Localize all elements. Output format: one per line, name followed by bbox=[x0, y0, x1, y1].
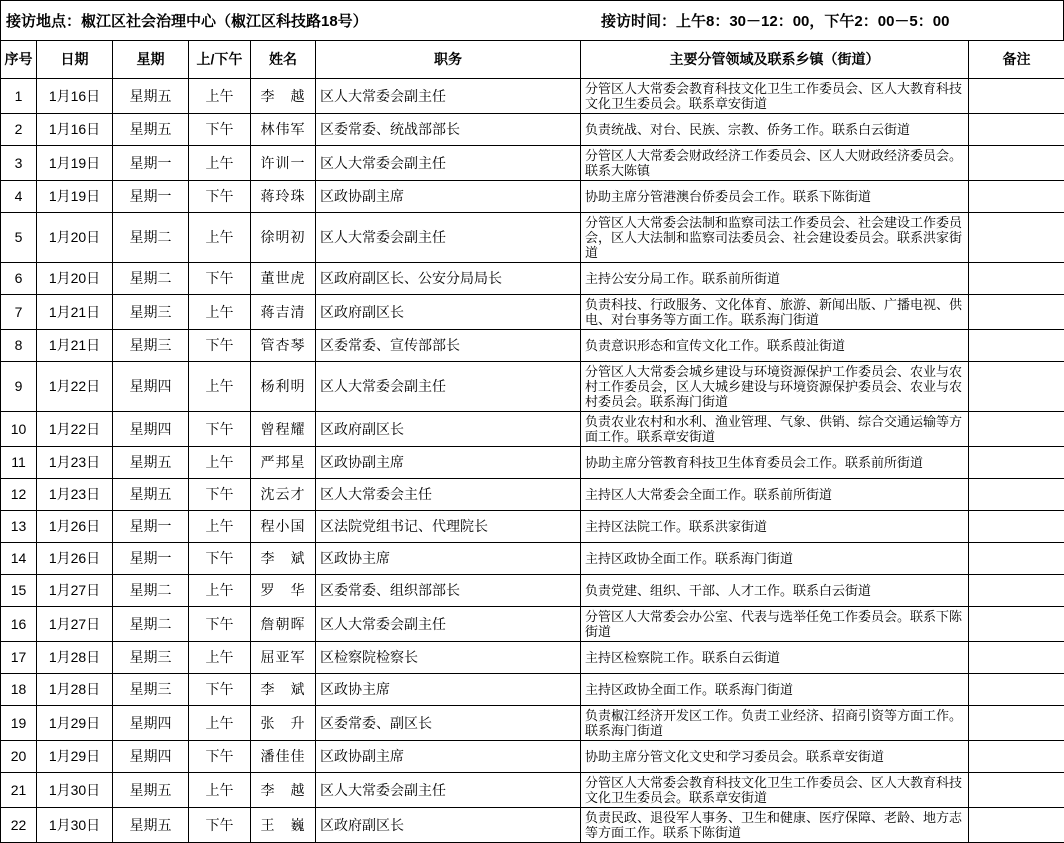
table-row: 71月21日星期三上午蒋吉清区政府副区长负责科技、行政服务、文化体育、旅游、新闻… bbox=[1, 295, 1064, 330]
cell-duties: 分管区人大常委会城乡建设与环境资源保护工作委员会、农业与农村工作委员会，区人大城… bbox=[581, 362, 969, 412]
reception-time-text: 接访时间：上午8：30－12：00，下午2：00－5：00 bbox=[601, 1, 949, 40]
cell-remark bbox=[969, 741, 1064, 773]
table-row: 81月21日星期三下午管杏琴区委常委、宣传部部长负责意识形态和宣传文化工作。联系… bbox=[1, 330, 1064, 362]
cell-weekday: 星期二 bbox=[113, 607, 189, 642]
cell-index: 6 bbox=[1, 263, 37, 295]
cell-remark bbox=[969, 362, 1064, 412]
cell-date: 1月20日 bbox=[37, 213, 113, 263]
table-row: 31月19日星期一上午许训一区人大常委会副主任分管区人大常委会财政经济工作委员会… bbox=[1, 146, 1064, 181]
cell-duties: 分管区人大常委会财政经济工作委员会、区人大财政经济委员会。联系大陈镇 bbox=[581, 146, 969, 181]
cell-weekday: 星期五 bbox=[113, 114, 189, 146]
cell-index: 9 bbox=[1, 362, 37, 412]
table-row: 181月28日星期三下午李 斌区政协主席主持区政协全面工作。联系海门街道 bbox=[1, 674, 1064, 706]
cell-date: 1月30日 bbox=[37, 808, 113, 843]
cell-position: 区人大常委会副主任 bbox=[316, 773, 581, 808]
table-row: 11月16日星期五上午李 越区人大常委会副主任分管区人大常委会教育科技文化卫生工… bbox=[1, 79, 1064, 114]
cell-remark bbox=[969, 479, 1064, 511]
cell-weekday: 星期一 bbox=[113, 511, 189, 543]
cell-weekday: 星期四 bbox=[113, 412, 189, 447]
cell-position: 区委常委、统战部部长 bbox=[316, 114, 581, 146]
cell-index: 7 bbox=[1, 295, 37, 330]
cell-remark bbox=[969, 263, 1064, 295]
cell-duties: 协助主席分管港澳台侨委员会工作。联系下陈街道 bbox=[581, 181, 969, 213]
cell-duties: 主持公安分局工作。联系前所街道 bbox=[581, 263, 969, 295]
cell-duties: 分管区人大常委会办公室、代表与选举任免工作委员会。联系下陈街道 bbox=[581, 607, 969, 642]
table-row: 161月27日星期二下午詹朝晖区人大常委会副主任分管区人大常委会办公室、代表与选… bbox=[1, 607, 1064, 642]
cell-remark bbox=[969, 543, 1064, 575]
cell-name: 严邦星 bbox=[251, 447, 316, 479]
cell-index: 10 bbox=[1, 412, 37, 447]
cell-name: 管杏琴 bbox=[251, 330, 316, 362]
cell-weekday: 星期三 bbox=[113, 295, 189, 330]
cell-date: 1月16日 bbox=[37, 114, 113, 146]
cell-remark bbox=[969, 706, 1064, 741]
cell-date: 1月27日 bbox=[37, 607, 113, 642]
cell-remark bbox=[969, 146, 1064, 181]
cell-period: 下午 bbox=[189, 181, 251, 213]
cell-position: 区委常委、组织部部长 bbox=[316, 575, 581, 607]
cell-period: 上午 bbox=[189, 447, 251, 479]
cell-period: 上午 bbox=[189, 773, 251, 808]
table-row: 51月20日星期二上午徐明初区人大常委会副主任分管区人大常委会法制和监察司法工作… bbox=[1, 213, 1064, 263]
cell-weekday: 星期三 bbox=[113, 674, 189, 706]
cell-weekday: 星期五 bbox=[113, 79, 189, 114]
cell-name: 张 升 bbox=[251, 706, 316, 741]
cell-date: 1月23日 bbox=[37, 479, 113, 511]
cell-period: 上午 bbox=[189, 146, 251, 181]
cell-index: 4 bbox=[1, 181, 37, 213]
cell-remark bbox=[969, 607, 1064, 642]
reception-schedule-sheet: 接访地点：椒江区社会治理中心（椒江区科技路18号） 接访时间：上午8：30－12… bbox=[0, 0, 1064, 843]
cell-period: 上午 bbox=[189, 575, 251, 607]
cell-name: 李 斌 bbox=[251, 543, 316, 575]
cell-position: 区政协副主席 bbox=[316, 741, 581, 773]
cell-date: 1月29日 bbox=[37, 741, 113, 773]
cell-date: 1月19日 bbox=[37, 146, 113, 181]
cell-name: 罗 华 bbox=[251, 575, 316, 607]
cell-name: 程小国 bbox=[251, 511, 316, 543]
cell-date: 1月26日 bbox=[37, 543, 113, 575]
cell-name: 蒋玲珠 bbox=[251, 181, 316, 213]
info-bar: 接访地点：椒江区社会治理中心（椒江区科技路18号） 接访时间：上午8：30－12… bbox=[0, 0, 1064, 40]
cell-remark bbox=[969, 642, 1064, 674]
cell-position: 区人大常委会主任 bbox=[316, 479, 581, 511]
cell-date: 1月27日 bbox=[37, 575, 113, 607]
cell-remark bbox=[969, 181, 1064, 213]
cell-duties: 分管区人大常委会法制和监察司法工作委员会、社会建设工作委员会，区人大法制和监察司… bbox=[581, 213, 969, 263]
cell-index: 2 bbox=[1, 114, 37, 146]
cell-position: 区检察院检察长 bbox=[316, 642, 581, 674]
cell-period: 下午 bbox=[189, 114, 251, 146]
cell-duties: 负责椒江经济开发区工作。负责工业经济、招商引资等方面工作。联系海门街道 bbox=[581, 706, 969, 741]
cell-date: 1月29日 bbox=[37, 706, 113, 741]
cell-index: 5 bbox=[1, 213, 37, 263]
cell-position: 区人大常委会副主任 bbox=[316, 213, 581, 263]
cell-weekday: 星期五 bbox=[113, 808, 189, 843]
table-row: 201月29日星期四下午潘佳佳区政协副主席协助主席分管文化文史和学习委员会。联系… bbox=[1, 741, 1064, 773]
cell-index: 8 bbox=[1, 330, 37, 362]
cell-index: 17 bbox=[1, 642, 37, 674]
cell-date: 1月28日 bbox=[37, 674, 113, 706]
cell-index: 13 bbox=[1, 511, 37, 543]
cell-date: 1月23日 bbox=[37, 447, 113, 479]
cell-remark bbox=[969, 412, 1064, 447]
cell-weekday: 星期一 bbox=[113, 146, 189, 181]
cell-weekday: 星期一 bbox=[113, 543, 189, 575]
table-row: 101月22日星期四下午曾程耀区政府副区长负责农业农村和水利、渔业管理、气象、供… bbox=[1, 412, 1064, 447]
cell-period: 下午 bbox=[189, 741, 251, 773]
cell-duties: 主持区法院工作。联系洪家街道 bbox=[581, 511, 969, 543]
cell-duties: 主持区检察院工作。联系白云街道 bbox=[581, 642, 969, 674]
cell-period: 上午 bbox=[189, 79, 251, 114]
cell-remark bbox=[969, 330, 1064, 362]
table-row: 111月23日星期五上午严邦星区政协副主席协助主席分管教育科技卫生体育委员会工作… bbox=[1, 447, 1064, 479]
table-row: 191月29日星期四上午张 升区委常委、副区长负责椒江经济开发区工作。负责工业经… bbox=[1, 706, 1064, 741]
cell-date: 1月21日 bbox=[37, 295, 113, 330]
cell-period: 下午 bbox=[189, 607, 251, 642]
cell-period: 下午 bbox=[189, 412, 251, 447]
cell-duties: 负责意识形态和宣传文化工作。联系葭沚街道 bbox=[581, 330, 969, 362]
cell-period: 下午 bbox=[189, 479, 251, 511]
cell-remark bbox=[969, 295, 1064, 330]
cell-position: 区法院党组书记、代理院长 bbox=[316, 511, 581, 543]
cell-name: 蒋吉清 bbox=[251, 295, 316, 330]
cell-index: 20 bbox=[1, 741, 37, 773]
cell-period: 上午 bbox=[189, 295, 251, 330]
reception-schedule-table: 序号日期星期上/下午姓名职务主要分管领域及联系乡镇（街道）备注 11月16日星期… bbox=[0, 40, 1064, 843]
table-header: 序号日期星期上/下午姓名职务主要分管领域及联系乡镇（街道）备注 bbox=[1, 41, 1064, 79]
cell-remark bbox=[969, 674, 1064, 706]
cell-period: 上午 bbox=[189, 642, 251, 674]
cell-period: 下午 bbox=[189, 263, 251, 295]
cell-index: 22 bbox=[1, 808, 37, 843]
table-row: 211月30日星期五上午李 越区人大常委会副主任分管区人大常委会教育科技文化卫生… bbox=[1, 773, 1064, 808]
table-row: 221月30日星期五下午王 巍区政府副区长负责民政、退役军人事务、卫生和健康、医… bbox=[1, 808, 1064, 843]
cell-remark bbox=[969, 213, 1064, 263]
cell-date: 1月22日 bbox=[37, 412, 113, 447]
cell-index: 15 bbox=[1, 575, 37, 607]
table-row: 171月28日星期三上午屈亚军区检察院检察长主持区检察院工作。联系白云街道 bbox=[1, 642, 1064, 674]
cell-duties: 负责科技、行政服务、文化体育、旅游、新闻出版、广播电视、供电、对台事务等方面工作… bbox=[581, 295, 969, 330]
cell-weekday: 星期二 bbox=[113, 575, 189, 607]
cell-weekday: 星期一 bbox=[113, 181, 189, 213]
cell-duties: 主持区政协全面工作。联系海门街道 bbox=[581, 543, 969, 575]
column-header-weekday: 星期 bbox=[113, 41, 189, 79]
table-row: 151月27日星期二上午罗 华区委常委、组织部部长负责党建、组织、干部、人才工作… bbox=[1, 575, 1064, 607]
cell-weekday: 星期三 bbox=[113, 642, 189, 674]
reception-location-text: 接访地点：椒江区社会治理中心（椒江区科技路18号） bbox=[1, 10, 368, 31]
cell-position: 区政协主席 bbox=[316, 543, 581, 575]
cell-weekday: 星期四 bbox=[113, 741, 189, 773]
table-row: 41月19日星期一下午蒋玲珠区政协副主席协助主席分管港澳台侨委员会工作。联系下陈… bbox=[1, 181, 1064, 213]
cell-name: 杨利明 bbox=[251, 362, 316, 412]
cell-duties: 主持区政协全面工作。联系海门街道 bbox=[581, 674, 969, 706]
cell-name: 屈亚军 bbox=[251, 642, 316, 674]
cell-position: 区人大常委会副主任 bbox=[316, 79, 581, 114]
cell-remark bbox=[969, 114, 1064, 146]
cell-weekday: 星期五 bbox=[113, 479, 189, 511]
table-row: 61月20日星期二下午董世虎区政府副区长、公安分局局长主持公安分局工作。联系前所… bbox=[1, 263, 1064, 295]
cell-weekday: 星期二 bbox=[113, 263, 189, 295]
cell-position: 区政府副区长 bbox=[316, 808, 581, 843]
table-row: 21月16日星期五下午林伟军区委常委、统战部部长负责统战、对台、民族、宗教、侨务… bbox=[1, 114, 1064, 146]
cell-weekday: 星期三 bbox=[113, 330, 189, 362]
cell-period: 上午 bbox=[189, 362, 251, 412]
cell-index: 16 bbox=[1, 607, 37, 642]
cell-date: 1月28日 bbox=[37, 642, 113, 674]
cell-weekday: 星期五 bbox=[113, 773, 189, 808]
cell-position: 区政协副主席 bbox=[316, 447, 581, 479]
cell-name: 沈云才 bbox=[251, 479, 316, 511]
cell-remark bbox=[969, 511, 1064, 543]
cell-duties: 协助主席分管教育科技卫生体育委员会工作。联系前所街道 bbox=[581, 447, 969, 479]
cell-period: 下午 bbox=[189, 543, 251, 575]
cell-name: 徐明初 bbox=[251, 213, 316, 263]
cell-position: 区政府副区长、公安分局局长 bbox=[316, 263, 581, 295]
cell-date: 1月30日 bbox=[37, 773, 113, 808]
cell-date: 1月20日 bbox=[37, 263, 113, 295]
cell-position: 区政府副区长 bbox=[316, 412, 581, 447]
cell-date: 1月19日 bbox=[37, 181, 113, 213]
cell-position: 区委常委、宣传部部长 bbox=[316, 330, 581, 362]
table-row: 131月26日星期一上午程小国区法院党组书记、代理院长主持区法院工作。联系洪家街… bbox=[1, 511, 1064, 543]
column-header-date: 日期 bbox=[37, 41, 113, 79]
cell-period: 下午 bbox=[189, 674, 251, 706]
cell-duties: 分管区人大常委会教育科技文化卫生工作委员会、区人大教育科技文化卫生委员会。联系章… bbox=[581, 79, 969, 114]
cell-name: 李 越 bbox=[251, 773, 316, 808]
cell-position: 区人大常委会副主任 bbox=[316, 607, 581, 642]
column-header-name: 姓名 bbox=[251, 41, 316, 79]
cell-date: 1月22日 bbox=[37, 362, 113, 412]
cell-name: 詹朝晖 bbox=[251, 607, 316, 642]
cell-remark bbox=[969, 447, 1064, 479]
cell-duties: 负责民政、退役军人事务、卫生和健康、医疗保障、老龄、地方志等方面工作。联系下陈街… bbox=[581, 808, 969, 843]
cell-position: 区政协副主席 bbox=[316, 181, 581, 213]
cell-duties: 负责统战、对台、民族、宗教、侨务工作。联系白云街道 bbox=[581, 114, 969, 146]
cell-name: 王 巍 bbox=[251, 808, 316, 843]
table-row: 141月26日星期一下午李 斌区政协主席主持区政协全面工作。联系海门街道 bbox=[1, 543, 1064, 575]
cell-date: 1月21日 bbox=[37, 330, 113, 362]
column-header-index: 序号 bbox=[1, 41, 37, 79]
cell-name: 李 斌 bbox=[251, 674, 316, 706]
cell-position: 区人大常委会副主任 bbox=[316, 362, 581, 412]
cell-weekday: 星期二 bbox=[113, 213, 189, 263]
column-header-position: 职务 bbox=[316, 41, 581, 79]
cell-period: 上午 bbox=[189, 213, 251, 263]
table-row: 91月22日星期四上午杨利明区人大常委会副主任分管区人大常委会城乡建设与环境资源… bbox=[1, 362, 1064, 412]
cell-duties: 分管区人大常委会教育科技文化卫生工作委员会、区人大教育科技文化卫生委员会。联系章… bbox=[581, 773, 969, 808]
column-header-duties: 主要分管领域及联系乡镇（街道） bbox=[581, 41, 969, 79]
cell-position: 区委常委、副区长 bbox=[316, 706, 581, 741]
cell-period: 上午 bbox=[189, 706, 251, 741]
column-header-remark: 备注 bbox=[969, 41, 1064, 79]
cell-index: 21 bbox=[1, 773, 37, 808]
cell-name: 潘佳佳 bbox=[251, 741, 316, 773]
cell-index: 14 bbox=[1, 543, 37, 575]
cell-period: 下午 bbox=[189, 330, 251, 362]
cell-position: 区政协主席 bbox=[316, 674, 581, 706]
cell-remark bbox=[969, 575, 1064, 607]
cell-weekday: 星期四 bbox=[113, 362, 189, 412]
cell-remark bbox=[969, 79, 1064, 114]
cell-date: 1月26日 bbox=[37, 511, 113, 543]
cell-index: 1 bbox=[1, 79, 37, 114]
cell-name: 董世虎 bbox=[251, 263, 316, 295]
cell-duties: 负责农业农村和水利、渔业管理、气象、供销、综合交通运输等方面工作。联系章安街道 bbox=[581, 412, 969, 447]
cell-index: 18 bbox=[1, 674, 37, 706]
cell-name: 林伟军 bbox=[251, 114, 316, 146]
table-body: 11月16日星期五上午李 越区人大常委会副主任分管区人大常委会教育科技文化卫生工… bbox=[1, 79, 1064, 843]
cell-name: 曾程耀 bbox=[251, 412, 316, 447]
cell-duties: 协助主席分管文化文史和学习委员会。联系章安街道 bbox=[581, 741, 969, 773]
cell-position: 区人大常委会副主任 bbox=[316, 146, 581, 181]
cell-position: 区政府副区长 bbox=[316, 295, 581, 330]
cell-name: 许训一 bbox=[251, 146, 316, 181]
cell-remark bbox=[969, 808, 1064, 843]
cell-period: 上午 bbox=[189, 511, 251, 543]
cell-duties: 负责党建、组织、干部、人才工作。联系白云街道 bbox=[581, 575, 969, 607]
table-header-row: 序号日期星期上/下午姓名职务主要分管领域及联系乡镇（街道）备注 bbox=[1, 41, 1064, 79]
cell-duties: 主持区人大常委会全面工作。联系前所街道 bbox=[581, 479, 969, 511]
cell-weekday: 星期五 bbox=[113, 447, 189, 479]
cell-index: 19 bbox=[1, 706, 37, 741]
cell-weekday: 星期四 bbox=[113, 706, 189, 741]
cell-remark bbox=[969, 773, 1064, 808]
cell-period: 下午 bbox=[189, 808, 251, 843]
cell-date: 1月16日 bbox=[37, 79, 113, 114]
cell-index: 11 bbox=[1, 447, 37, 479]
cell-index: 3 bbox=[1, 146, 37, 181]
table-row: 121月23日星期五下午沈云才区人大常委会主任主持区人大常委会全面工作。联系前所… bbox=[1, 479, 1064, 511]
column-header-period: 上/下午 bbox=[189, 41, 251, 79]
cell-index: 12 bbox=[1, 479, 37, 511]
cell-name: 李 越 bbox=[251, 79, 316, 114]
